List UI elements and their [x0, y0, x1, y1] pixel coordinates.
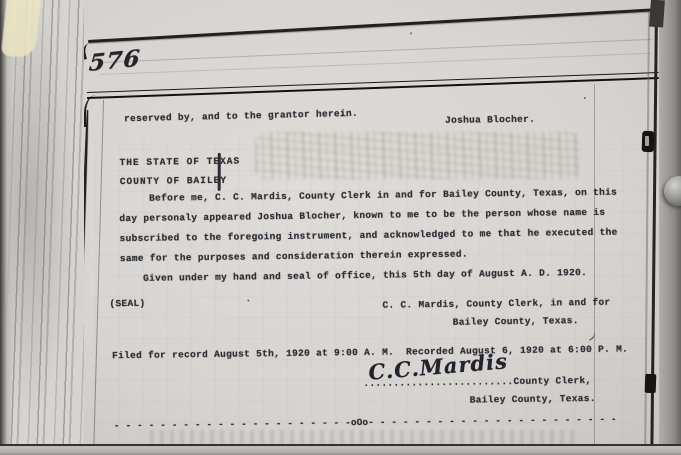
document-text: 576 reserved by, and to the grantor here… [0, 0, 681, 455]
record-book-photo: 576 reserved by, and to the grantor here… [0, 0, 681, 455]
ink-speck [584, 97, 586, 99]
clerk-attribution-place: Bailey County, Texas. [453, 315, 579, 328]
heading-brace [218, 153, 221, 191]
acknowledgment-line: day personaly appeared Joshua Blocher, k… [119, 207, 605, 224]
ink-speck [341, 114, 343, 116]
clerk-attribution-line: C. C. Mardis, County Clerk, in and for [382, 297, 610, 311]
county-heading: COUNTY OF BAILEY [120, 175, 227, 187]
ink-speck [410, 32, 412, 34]
acknowledgment-line: same for the purposes and consideration … [120, 249, 468, 265]
grantor-signature-name: Joshua Blocher. [445, 114, 535, 126]
ink-speck [247, 299, 249, 301]
entry-separator-line: - - - - - - - - - - - - - - - - - - - - … [114, 414, 617, 432]
acknowledgment-line: subscribed to the foregoing instrument, … [119, 227, 617, 245]
given-under-hand-line: Given under my hand and seal of office, … [143, 267, 587, 284]
seal-label: (SEAL) [109, 298, 145, 309]
reserved-clause-line: reserved by, and to the grantor herein. [124, 108, 358, 125]
handwritten-page-number: 576 [88, 45, 142, 77]
state-heading: THE STATE OF TEXAS [120, 156, 241, 169]
signature-place-line: Bailey County, Texas. [470, 393, 596, 406]
pen-tick-mark [585, 329, 597, 340]
